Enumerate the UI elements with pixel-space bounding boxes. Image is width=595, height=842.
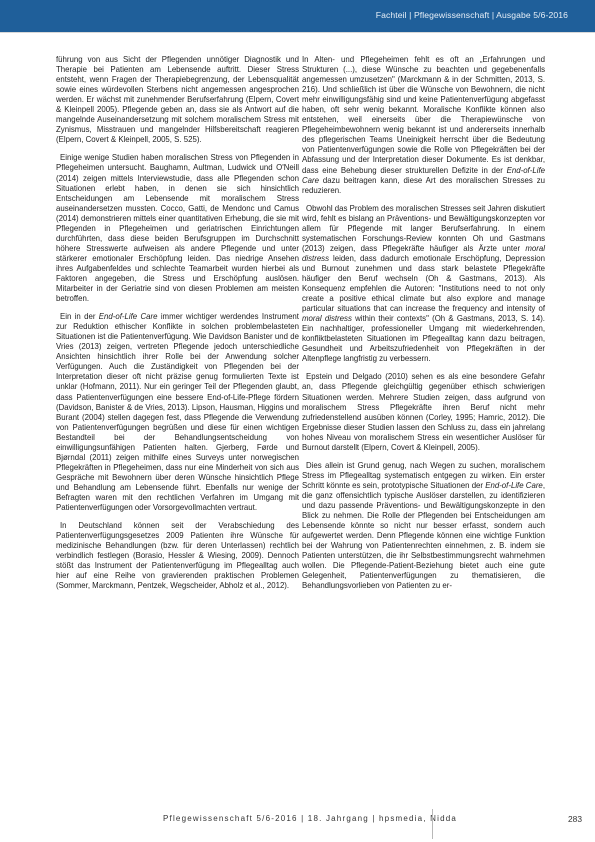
paragraph: In Deutschland können seit der Verabschi… (56, 521, 299, 591)
journal-info: Pflegewissenschaft 5/6-2016 | 18. Jahrga… (163, 814, 457, 823)
footer-divider (432, 809, 433, 839)
paragraph: Dies allein ist Grund genug, nach Wegen … (302, 461, 545, 592)
paragraph: Obwohl das Problem des moralischen Stres… (302, 204, 545, 365)
emphasis: End-of-Life Care (99, 312, 158, 321)
running-title: Fachteil | Pflegewissenschaft | Ausgabe … (376, 10, 568, 20)
paragraph: Ein in der End-of-Life Care immer wichti… (56, 312, 299, 513)
paragraph: In Alten- und Pflegeheimen fehlt es oft … (302, 55, 545, 196)
left-column: führung von aus Sicht der Pflegenden unn… (56, 55, 299, 599)
right-column: In Alten- und Pflegeheimen fehlt es oft … (302, 55, 545, 599)
page-number: 283 (568, 814, 582, 824)
page-footer: Pflegewissenschaft 5/6-2016 | 18. Jahrga… (0, 809, 595, 839)
emphasis: moral distress (302, 314, 352, 323)
paragraph: Epstein und Delgado (2010) sehen es als … (302, 372, 545, 452)
header-bar: Fachteil | Pflegewissenschaft | Ausgabe … (0, 0, 595, 33)
paragraph: Einige wenige Studien haben moralischen … (56, 153, 299, 304)
emphasis: End-of-Life Care (485, 481, 543, 490)
paragraph: führung von aus Sicht der Pflegenden unn… (56, 55, 299, 145)
